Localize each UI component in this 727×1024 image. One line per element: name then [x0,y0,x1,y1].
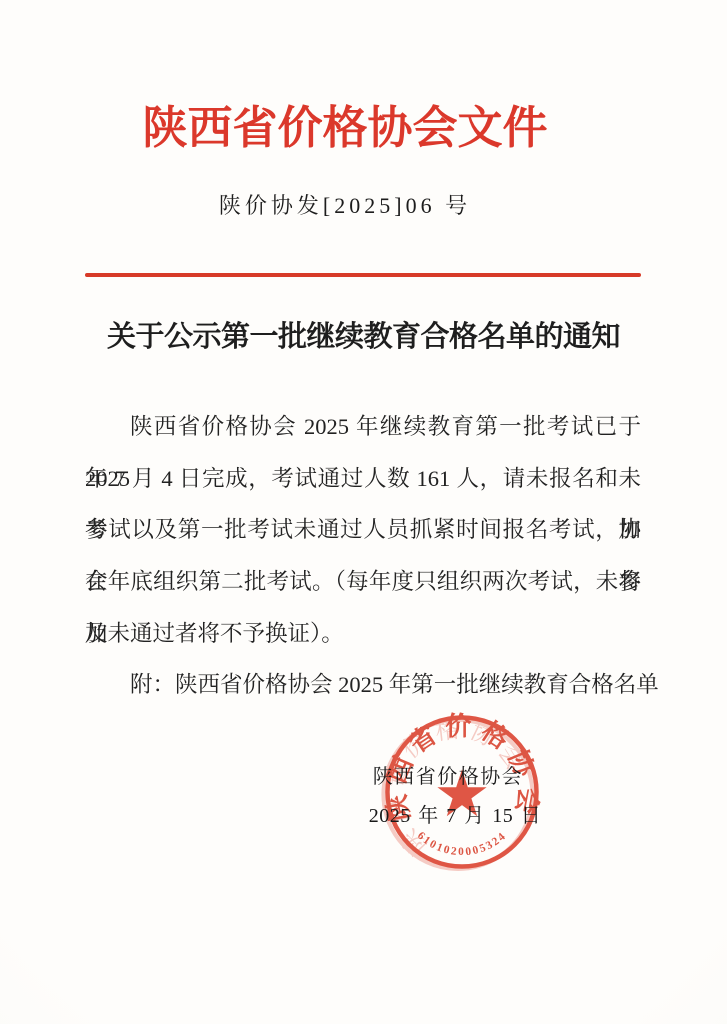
doc-number: 陕价协发[2025]06 号 [60,189,630,220]
red-divider-line [85,273,641,277]
document-page: 陕西省价格协会文件 陕价协发[2025]06 号 关于公示第一批继续教育合格名单… [0,0,727,1024]
notice-title: 关于公示第一批继续教育合格名单的通知 [0,314,727,355]
body-line: 及未通过者将不予换证）。 [85,608,641,660]
signature-org: 陕西省价格协会 [298,760,598,789]
seal-code-text: 6101020005324 [415,830,509,859]
signature-date: 2025 年 7 月 15 日 [305,799,605,828]
body-line: 陕西省价格协会 2025 年继续教育第一批考试已于 2025 [85,401,641,453]
document-header: 陕西省价格协会文件 陕价协发[2025]06 号 [60,98,630,220]
official-seal: 陕西省价格协会 陕西省价格协会 6101020005324 [381,711,543,873]
notice-body: 陕西省价格协会 2025 年继续教育第一批考试已于 2025 年 7 月 4 日… [85,401,641,711]
body-line: 年 7 月 4 日完成，考试通过人数 161 人，请未报名和未参加 [85,453,641,505]
body-line: 考试以及第一批考试未通过人员抓紧时间报名考试，协会将 [85,504,641,556]
attachment-note: 附：陕西省价格协会 2025 年第一批继续教育合格名单 [85,659,641,711]
org-title: 陕西省价格协会文件 [60,98,630,159]
body-line: 在年底组织第二批考试。（每年度只组织两次考试，未参加 [85,556,641,608]
svg-text:6101020005324: 6101020005324 [415,830,509,859]
